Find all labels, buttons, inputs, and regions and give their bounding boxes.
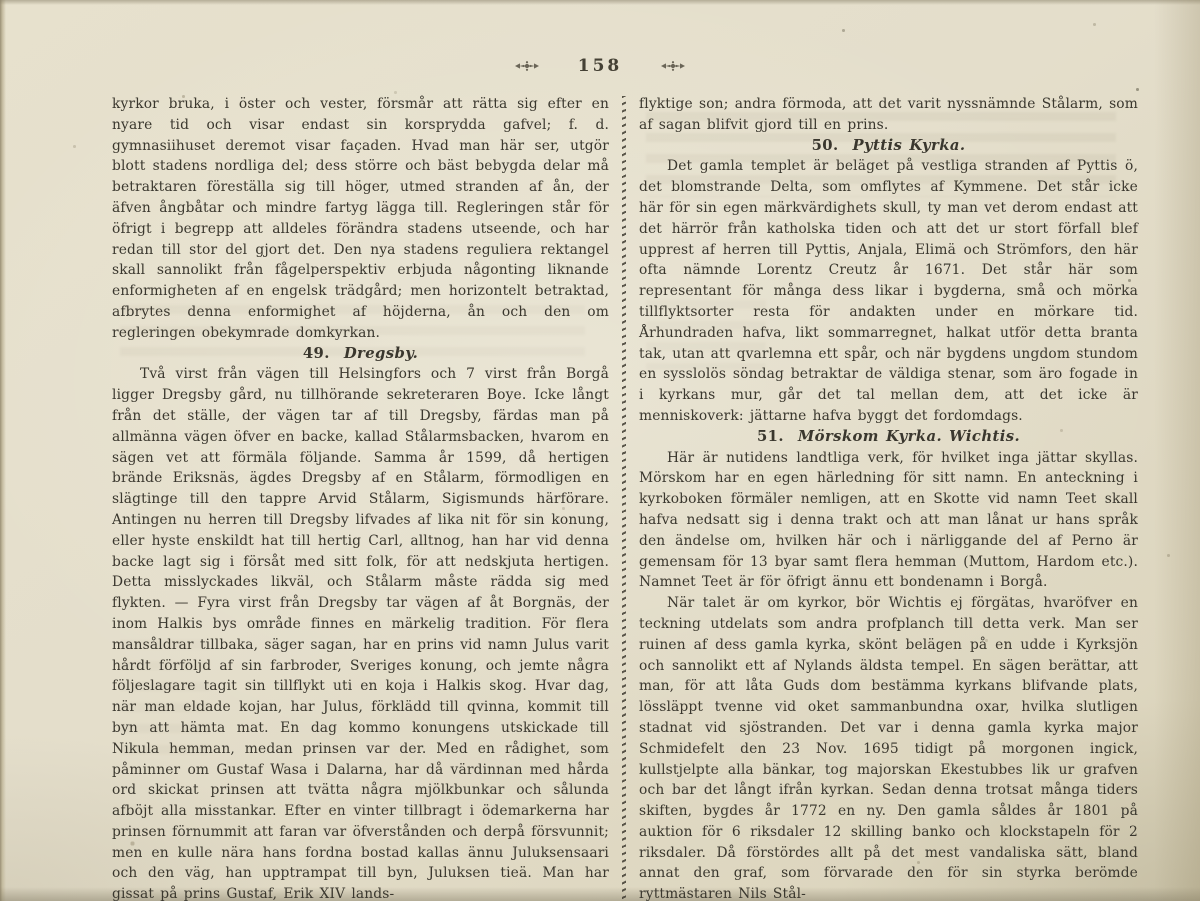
fleuron-icon — [514, 60, 540, 72]
section-heading-51: 51.Mörskom Kyrka. Wichtis. — [639, 427, 1138, 448]
running-head: 158 — [0, 56, 1200, 76]
paragraph: flyktige son; andra förmoda, att det var… — [639, 94, 1138, 136]
page-left-edge — [0, 0, 6, 901]
paragraph: Två virst från vägen till Helsingfors oc… — [112, 364, 609, 901]
column-divider — [609, 94, 639, 901]
dotted-rule — [622, 96, 626, 899]
text-columns: kyrkor bruka, i öster och vester, försmå… — [112, 94, 1138, 901]
right-column: flyktige son; andra förmoda, att det var… — [639, 94, 1138, 901]
section-title: Pyttis Kyrka. — [853, 137, 966, 154]
page-top-edge — [0, 0, 1200, 5]
section-heading-50: 50.Pyttis Kyrka. — [639, 136, 1138, 157]
paragraph: Det gamla templet är beläget på vestliga… — [639, 156, 1138, 426]
paragraph: kyrkor bruka, i öster och vester, försmå… — [112, 94, 609, 344]
section-title: Dregsby. — [344, 345, 418, 362]
section-number: 49. — [303, 345, 330, 362]
page-right-edge — [1154, 0, 1200, 901]
section-heading-49: 49.Dregsby. — [112, 344, 609, 365]
paragraph: När talet är om kyrkor, bör Wichtis ej f… — [639, 593, 1138, 901]
section-number: 51. — [757, 428, 784, 445]
section-number: 50. — [812, 137, 839, 154]
section-title: Mörskom Kyrka. Wichtis. — [798, 428, 1020, 445]
left-column: kyrkor bruka, i öster och vester, försmå… — [112, 94, 609, 901]
paragraph: Här är nutidens landtliga verk, för hvil… — [639, 448, 1138, 594]
scanned-book-page: { "header": { "page_number": "158", "orn… — [0, 0, 1200, 901]
page-number: 158 — [578, 56, 623, 76]
fleuron-icon — [660, 60, 686, 72]
